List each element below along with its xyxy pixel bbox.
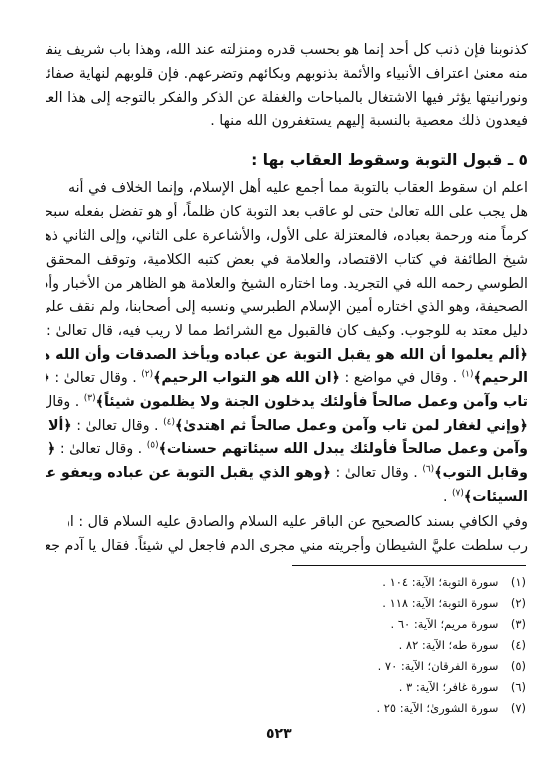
footnote-7: (٧) سورة الشورىٰ؛ الآية: ٢٥ .: [376, 700, 526, 716]
footnote-number: (٤): [502, 637, 526, 653]
para1-line-2: منه معنىٰ اعتراف الأنبياء والأئمة بذنوبه…: [46, 63, 528, 85]
para1-line-1: كذنوبنا فإن ذنب كل أحد إنما هو بحسب قدره…: [46, 39, 528, 61]
footnote-separator: [292, 565, 526, 566]
verse-text: الرحيم﴾: [474, 370, 528, 386]
book-page: كذنوبنا فإن ذنب كل أحد إنما هو بحسب قدره…: [0, 0, 540, 765]
connector-text: . وقال تعالىٰ :: [72, 418, 163, 434]
footnote-ref-2[interactable]: (٢): [141, 369, 153, 379]
footnote-text: سورة غافر؛ الآية: ٣ .: [399, 680, 499, 694]
footnote-1: (١) سورة التوبة؛ الآية: ١٠٤ .: [382, 574, 526, 590]
verse-line-5: وآمن وعمل صالحاً فأولئك يبدل الله سيئاته…: [46, 438, 528, 460]
verse-text: ﴿ألا من تاب: [46, 418, 72, 434]
verse-text: ﴿ان الله هو التواب الرحيم﴾: [153, 370, 340, 386]
para2-line-1: اعلم ان سقوط العقاب بالتوبة مما أجمع علي…: [68, 177, 528, 199]
verse-line-6: وقابل التوب﴾(٦) . وقال تعالىٰ : ﴿وهو الذ…: [46, 462, 528, 484]
para2-line-2: هل يجب على الله تعالىٰ حتى لو عاقب بعد ا…: [46, 201, 528, 223]
verse-text: تاب وآمن وعمل صالحاً فأولئك يدخلون الجنة…: [96, 394, 528, 410]
footnote-2: (٢) سورة التوبة؛ الآية: ١١٨ .: [382, 595, 526, 611]
verse-line-2: الرحيم﴾(١) . وقال في مواضع : ﴿ان الله هو…: [46, 367, 528, 389]
verse-text: السيئات﴾: [464, 489, 528, 505]
footnote-text: سورة الفرقان؛ الآية: ٧٠ .: [378, 659, 499, 673]
verse-line-1: ﴿ألم يعلموا أن الله هو يقبل التوبة عن عب…: [46, 344, 528, 366]
footnote-number: (١): [502, 574, 526, 590]
footnote-3: (٣) سورة مريم؛ الآية: ٦٠ .: [391, 616, 526, 632]
verse-text: ﴿وهو الذي يقبل التوبة عن عباده ويعفو عن: [46, 465, 331, 481]
verse-line-4: ﴿وإني لغفار لمن تاب وآمن وعمل صالحاً ثم …: [46, 415, 528, 437]
connector-text: . وقال في مواضع :: [340, 370, 462, 386]
connector-text: . وقال تعالىٰ :: [50, 370, 141, 386]
para2-line-3: كرماً منه ورحمة بعباده، فالمعتزلة على ال…: [46, 225, 528, 247]
para3-line-1: وفي الكافي بسند كالصحيح عن الباقر عليه ا…: [68, 511, 528, 533]
footnote-number: (٢): [502, 595, 526, 611]
section-heading: ٥ ـ قبول التوبة وسقوط العقاب بها :: [46, 148, 528, 172]
footnote-text: سورة طه؛ الآية: ٨٢ .: [399, 638, 499, 652]
footnote-6: (٦) سورة غافر؛ الآية: ٣ .: [399, 679, 526, 695]
verse-text: ﴿وإني لغفار لمن تاب وآمن وعمل صالحاً ثم …: [175, 418, 528, 434]
footnote-ref-3[interactable]: (٣): [84, 393, 96, 403]
para2-line-4: شيخ الطائفة في كتاب الاقتصاد، والعلامة ف…: [46, 249, 528, 271]
footnote-number: (٦): [502, 679, 526, 695]
connector-text: .: [443, 489, 452, 505]
para1-line-3: ونورانيتها يؤثر فيها الاشتغال بالمباحات …: [46, 87, 528, 109]
footnote-5: (٥) سورة الفرقان؛ الآية: ٧٠ .: [378, 658, 526, 674]
footnote-number: (٧): [502, 700, 526, 716]
connector-text: . وقال تعالىٰ :: [55, 441, 146, 457]
para2-line-7: دليل معتد به للوجوب. وكيف كان فالقبول مع…: [46, 320, 528, 342]
para1-line-4: فيعدون ذلك معصية بالنسبة إليهم يستغفرون …: [46, 110, 528, 132]
verse-text: وقابل التوب﴾: [434, 465, 528, 481]
verse-text: ﴿غافر الذنب: [46, 441, 55, 457]
footnote-ref-1[interactable]: (١): [462, 369, 474, 379]
footnote-text: سورة مريم؛ الآية: ٦٠ .: [391, 617, 499, 631]
verse-line-7: السيئات﴾(٧) .: [46, 486, 528, 508]
footnote-number: (٥): [502, 658, 526, 674]
footnote-ref-5[interactable]: (٥): [147, 440, 159, 450]
footnote-text: سورة الشورىٰ؛ الآية: ٢٥ .: [376, 701, 498, 715]
verse-line-3: تاب وآمن وعمل صالحاً فأولئك يدخلون الجنة…: [46, 391, 528, 413]
footnote-4: (٤) سورة طه؛ الآية: ٨٢ .: [399, 637, 526, 653]
footnote-number: (٣): [502, 616, 526, 632]
verse-text: وآمن وعمل صالحاً فأولئك يبدل الله سيئاته…: [159, 441, 528, 457]
footnote-text: سورة التوبة؛ الآية: ١٠٤ .: [382, 575, 498, 589]
page-number: ٥٢٣: [266, 726, 292, 742]
footnote-text: سورة التوبة؛ الآية: ١١٨ .: [382, 596, 498, 610]
para2-line-6: الصحيفة، وهو الذي اختاره أمين الإسلام ال…: [46, 296, 528, 318]
para3-line-2: رب سلطت عليَّ الشيطان وأجريته مني مجرى ا…: [46, 535, 528, 557]
connector-text: . وقال تعالىٰ :: [331, 465, 422, 481]
footnote-ref-7[interactable]: (٧): [452, 488, 464, 498]
footnote-ref-4[interactable]: (٤): [163, 417, 175, 427]
footnote-ref-6[interactable]: (٦): [422, 464, 434, 474]
para2-line-5: الطوسي رحمه الله في التجريد. وما اختاره …: [46, 273, 528, 295]
connector-text: . وقال تعالىٰ :: [46, 394, 84, 410]
